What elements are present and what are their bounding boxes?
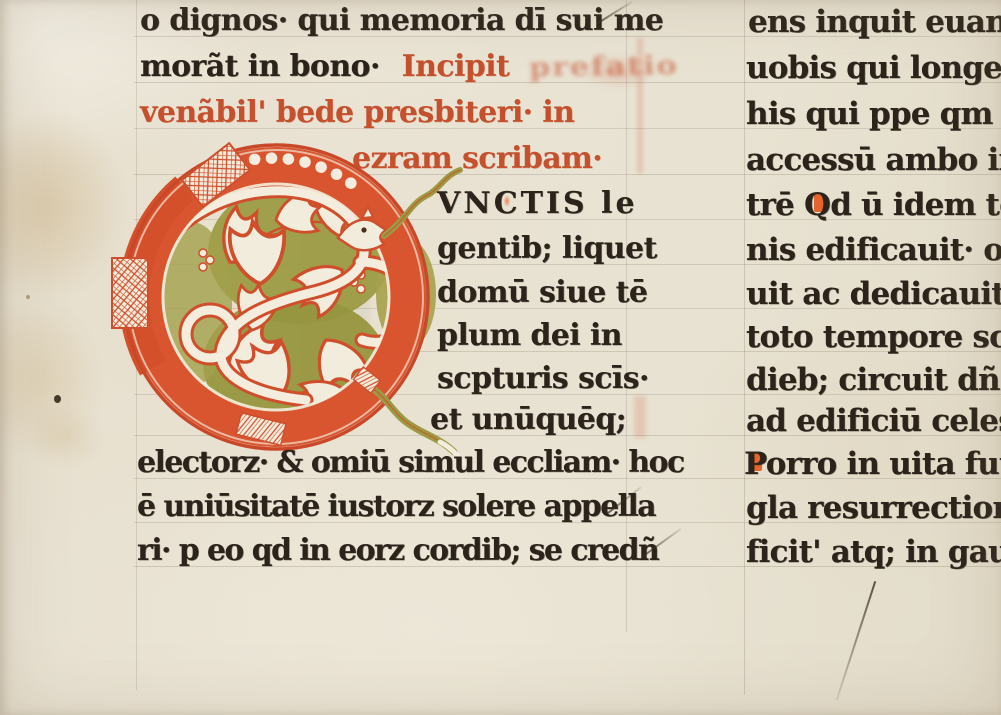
- text-line: his qui ppe qm: [746, 96, 993, 132]
- text-span: orro in uita futu: [766, 446, 1001, 482]
- ink-speck: [26, 295, 30, 299]
- stain: [0, 112, 126, 302]
- touched-capital: P: [744, 446, 766, 482]
- text-line: nis edificauit· oct: [746, 232, 1001, 268]
- text-line: ad edificiū celeste: [746, 403, 1001, 439]
- text-line: uobis qui longe: [746, 50, 1001, 86]
- text-line: electorz· & omiū simul eccliam· hoc: [137, 445, 684, 480]
- ink-speck: [54, 395, 61, 403]
- rubric-line: ezram scribam·: [352, 141, 602, 176]
- text-line: ens inquit euang: [748, 4, 1001, 40]
- text-line: Porro in uita futu: [744, 446, 1001, 482]
- text-span: morãt in bono·: [140, 49, 380, 84]
- pen-flourish: [836, 581, 877, 701]
- vruling-line: [744, 0, 745, 695]
- text-line: ē uniūsitatē iustorz solere appella: [137, 489, 655, 524]
- text-line: o dignos· qui memoria dī sui me: [140, 3, 663, 38]
- erased-word: prefatio: [529, 50, 679, 83]
- text-line: gla resurrectionis: [746, 490, 1001, 526]
- text-line: ficit' atq; in gaud: [746, 534, 1001, 570]
- text-line: uit ac dedicauit': [746, 276, 1001, 312]
- text-line: domū siue tē: [437, 275, 647, 310]
- touched-capital: Q: [804, 187, 830, 223]
- rubric-line: venãbil' bede presbiteri· in: [140, 95, 574, 130]
- text-line: plum dei in: [437, 318, 622, 353]
- text-span: d ū idem te: [830, 187, 1001, 223]
- text-span: trē: [746, 187, 804, 223]
- manuscript-page: o dignos· qui memoria dī sui me morãt in…: [0, 0, 1001, 715]
- rubric-span: Incipit: [402, 49, 510, 84]
- text-line: et unūquēq;: [430, 402, 626, 437]
- text-line: scpturis scīs·: [437, 361, 649, 396]
- text-line: accessū ambo in u: [746, 142, 1001, 178]
- text-line: VNCTIS le: [437, 186, 638, 221]
- text-line: gentib; liquet: [437, 231, 657, 266]
- text-line: ri· p eo qd in eorz cordib; se credñ: [137, 533, 658, 568]
- text-line: trē Qd ū idem te: [746, 187, 1001, 223]
- show-through-mark: [634, 396, 646, 438]
- illuminated-initial-C: [110, 142, 470, 466]
- text-line: toto tempore scli: [746, 319, 1001, 355]
- text-line: morãt in bono· Incipit prefatio: [140, 49, 679, 84]
- text-line: dieb; circuit dñs: [746, 362, 1001, 398]
